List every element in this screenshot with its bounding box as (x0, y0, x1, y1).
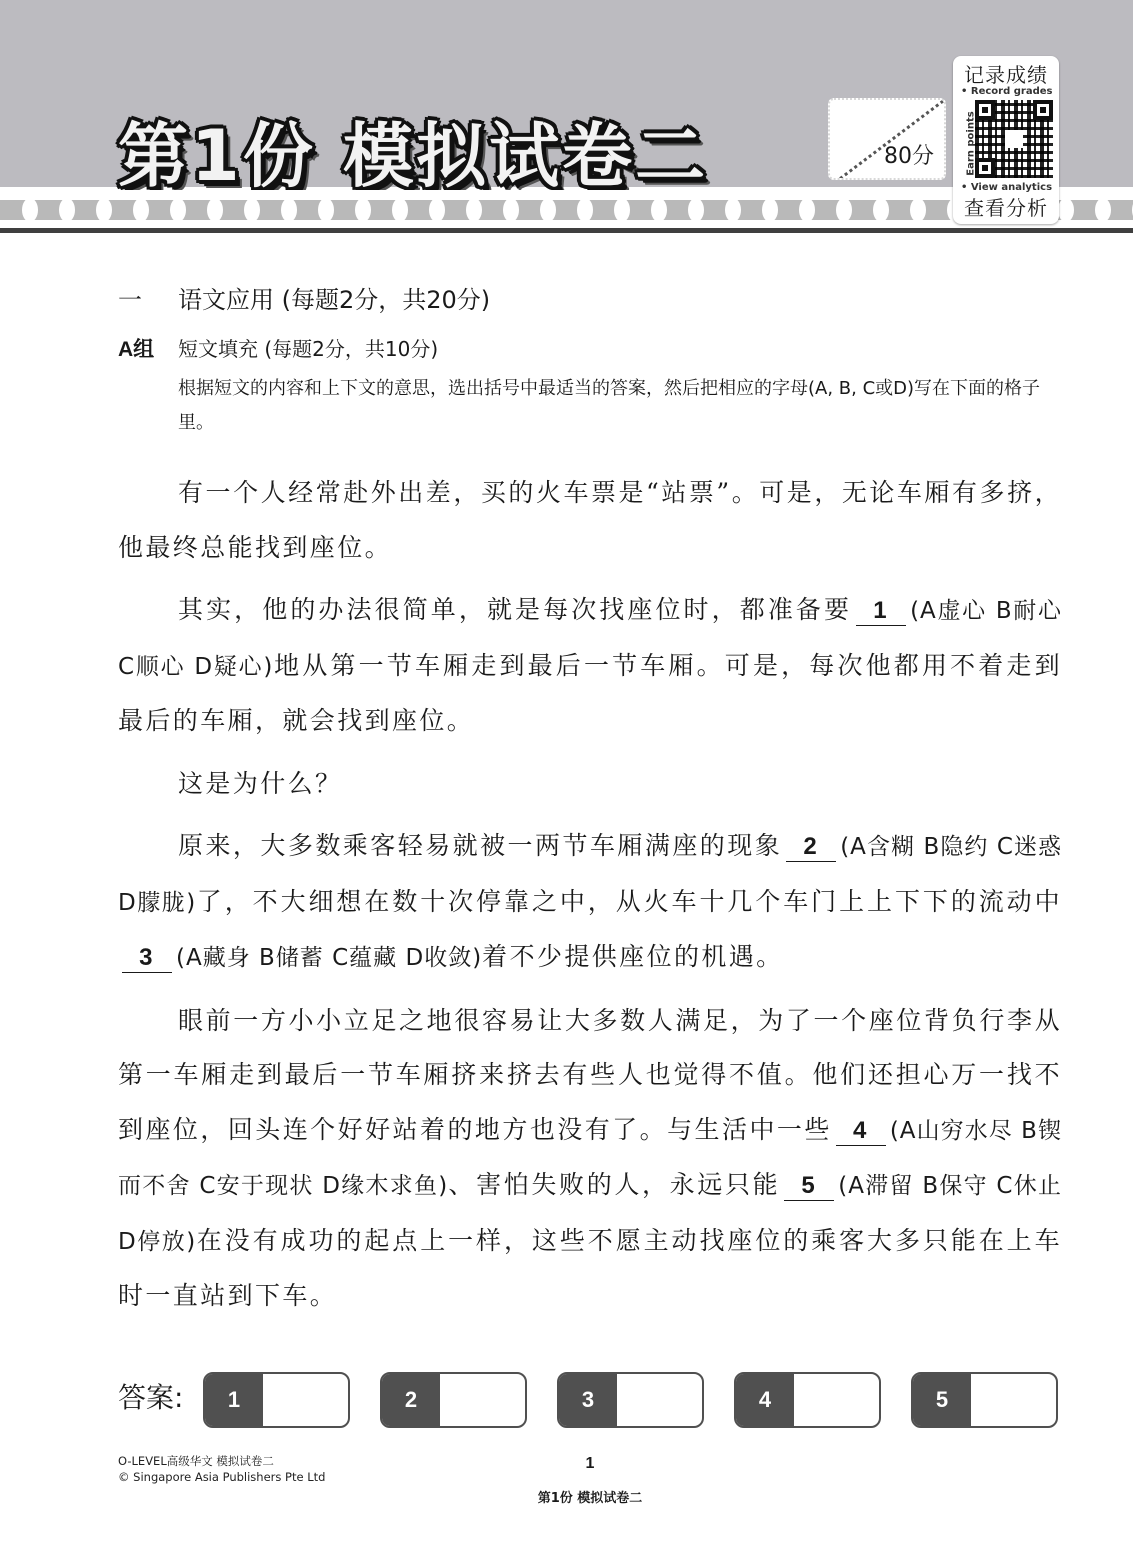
score-stamp: 80分 (828, 98, 946, 180)
text: 原来，大多数乘客轻易就被一两节车厢满座的现象 (178, 831, 782, 860)
instructions: 根据短文的内容和上下文的意思，选出括号中最适当的答案，然后把相应的字母(A, B… (178, 372, 1068, 440)
text: 了，不大细想在数十次停靠之中，从火车十几个车门上上下下的流动中 (196, 887, 1062, 916)
subsection-label: A组 (118, 333, 178, 363)
answer-box-5[interactable]: 5 (911, 1372, 1058, 1428)
paragraph: 有一个人经常赴外出差，买的火车票是“站票”。可是，无论车厢有多挤，他最终总能找到… (118, 466, 1062, 575)
blank-1: 1 (856, 597, 906, 626)
strip-dot (170, 198, 186, 222)
section-title: 语文应用 (每题2分，共20分) (178, 286, 490, 314)
answer-box-3[interactable]: 3 (557, 1372, 704, 1428)
total-score: 80分 (884, 139, 934, 170)
answer-box-2[interactable]: 2 (380, 1372, 527, 1428)
qr-logo-icon (1005, 130, 1023, 148)
strip-dot (355, 198, 371, 222)
qr-finder-icon (975, 158, 995, 178)
strip-dot (540, 198, 556, 222)
text: 、害怕失败的人，永远只能 (448, 1170, 780, 1199)
qr-top-label: 记录成绩 (953, 59, 1059, 88)
answers-label: 答案: (118, 1376, 183, 1416)
strip-dot (614, 198, 630, 222)
page-title: 第1份 模拟试卷二 (118, 100, 708, 201)
blank-2: 2 (786, 833, 836, 862)
paragraph: 其实，他的办法很简单，就是每次找座位时，都准备要1(A虚心 B耐心 C顺心 D疑… (118, 583, 1062, 749)
strip-dot (133, 198, 149, 222)
passage: 有一个人经常赴外出差，买的火车票是“站票”。可是，无论车厢有多挤，他最终总能找到… (118, 466, 1062, 1332)
subsection-heading: A组短文填充 (每题2分，共10分) (118, 333, 438, 363)
strip-dot (836, 198, 852, 222)
qr-finder-icon (1033, 100, 1053, 120)
answer-number: 2 (382, 1374, 440, 1426)
strip-dot (392, 198, 408, 222)
qr-bottom-label: 查看分析 (953, 192, 1059, 221)
text: 着不少提供座位的机遇。 (482, 942, 783, 971)
blank-3: 3 (122, 944, 172, 973)
strip-dot (1058, 198, 1074, 222)
section-heading: 一语文应用 (每题2分，共20分) (118, 280, 490, 315)
answer-box-1[interactable]: 1 (203, 1372, 350, 1428)
section-number: 一 (118, 280, 178, 315)
options-3: (A藏身 B储蓄 C蕴藏 D收敛) (176, 945, 482, 971)
strip-dot (762, 198, 778, 222)
answer-box-4[interactable]: 4 (734, 1372, 881, 1428)
qr-card[interactable]: 记录成绩 • Record grades Earn points • View … (953, 56, 1059, 224)
strip-dot (910, 198, 926, 222)
text: 其实，他的办法很简单，就是每次找座位时，都准备要 (178, 595, 852, 624)
strip-dot (318, 198, 334, 222)
answer-number: 4 (736, 1374, 794, 1426)
strip-dot (873, 198, 889, 222)
strip-dot (281, 198, 297, 222)
strip-dot (651, 198, 667, 222)
answer-number: 1 (205, 1374, 263, 1426)
answer-number: 5 (913, 1374, 971, 1426)
blank-5: 5 (784, 1172, 834, 1201)
qr-code-icon[interactable] (975, 100, 1053, 178)
strip-dot (244, 198, 260, 222)
paragraph: 眼前一方小小立足之地很容易让大多数人满足，为了一个座位背负行李从第一车厢走到最后… (118, 994, 1062, 1324)
blank-4: 4 (836, 1117, 886, 1146)
strip-dot (577, 198, 593, 222)
page-number: 1 (0, 1455, 1133, 1473)
strip-dot (688, 198, 704, 222)
strip-dot (96, 198, 112, 222)
text: 在没有成功的起点上一样，这些不愿主动找座位的乘客大多只能在上车时一直站到下车。 (118, 1226, 1062, 1311)
strip-dot (725, 198, 741, 222)
strip-dot (466, 198, 482, 222)
paragraph: 原来，大多数乘客轻易就被一两节车厢满座的现象2(A含糊 B隐约 C迷惑 D朦胧)… (118, 819, 1062, 986)
strip-dot (503, 198, 519, 222)
answer-number: 3 (559, 1374, 617, 1426)
qr-record-label: • Record grades (961, 86, 1052, 97)
strip-dot (799, 198, 815, 222)
paragraph: 这是为什么？ (118, 757, 1062, 812)
header-divider (0, 228, 1133, 233)
strip-dot (59, 198, 75, 222)
strip-dot (22, 198, 38, 222)
strip-dot (1095, 198, 1111, 222)
strip-dot (429, 198, 445, 222)
subsection-title: 短文填充 (每题2分，共10分) (178, 337, 438, 361)
footer-chapter: 第1份 模拟试卷二 (0, 1487, 1133, 1506)
strip-dot (207, 198, 223, 222)
qr-finder-icon (975, 100, 995, 120)
